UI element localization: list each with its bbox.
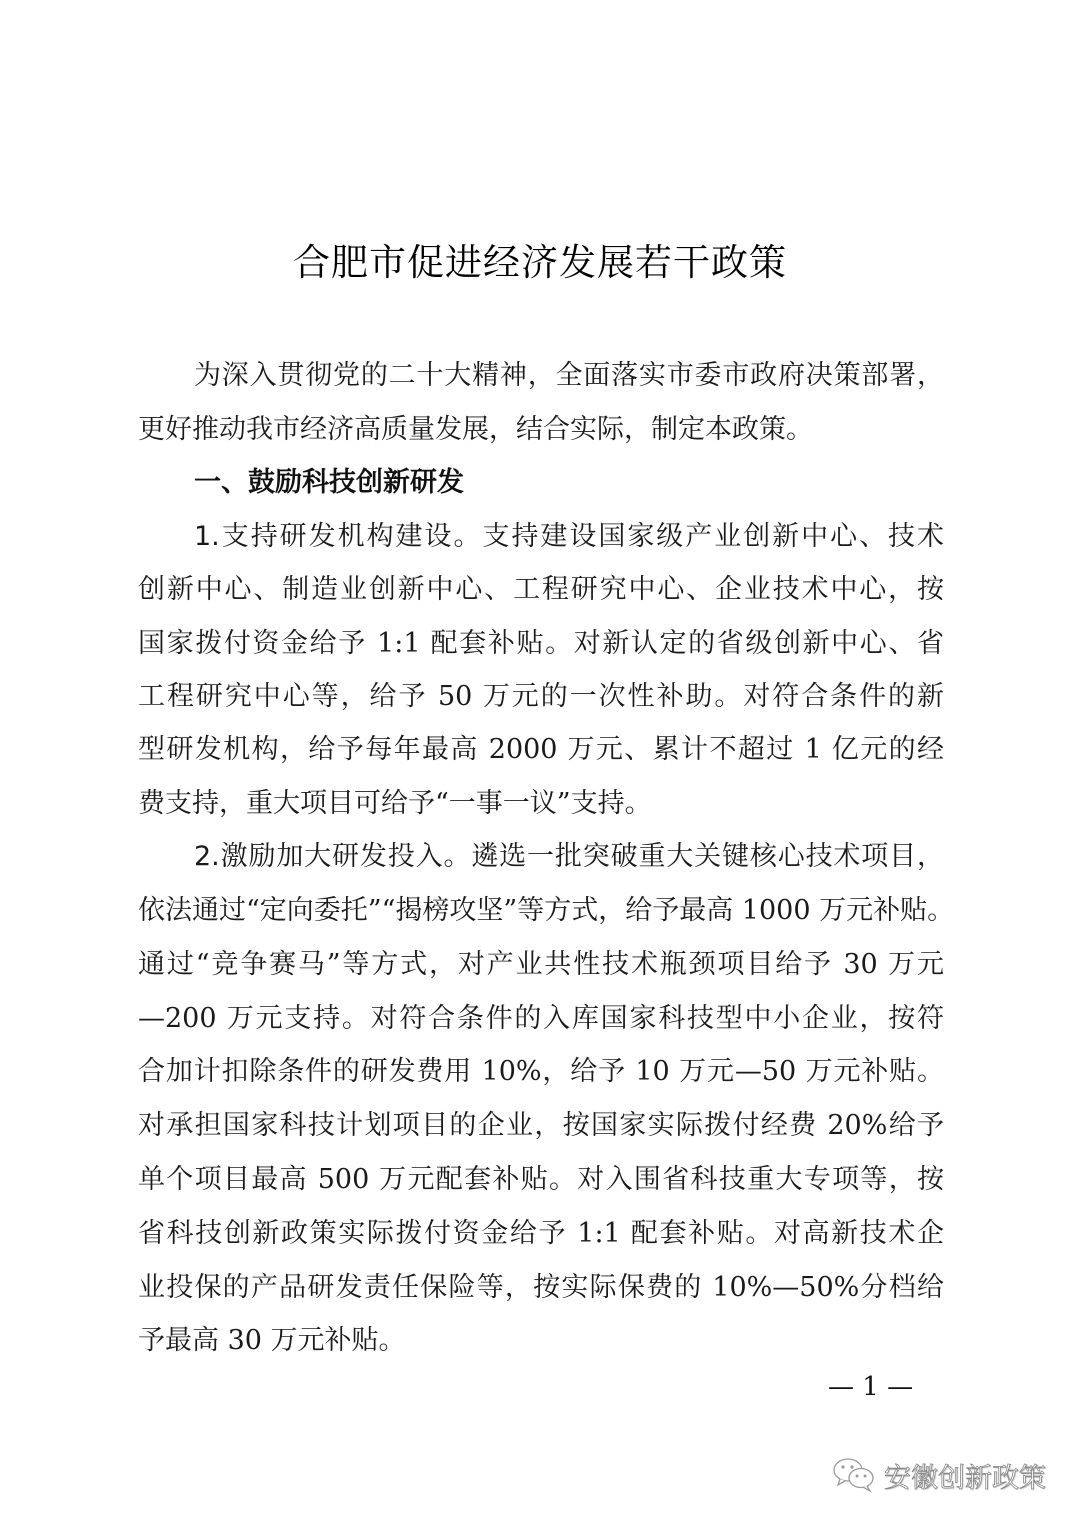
item-2-line-6: 对承担国家科技计划项目的企业，按国家实际拨付经费 20%给予 (138, 1106, 944, 1146)
document-title: 合肥市促进经济发展若干政策 (0, 238, 1080, 288)
item-1-line-5: 型研发机构，给予每年最高 2000 万元、累计不超过 1 亿元的经 (138, 730, 944, 770)
item-2-line-8: 省科技创新政策实际拨付资金给予 1:1 配套补贴。对高新技术企 (138, 1214, 944, 1254)
item-2-line-1: 2.激励加大研发投入。遴选一批突破重大关键核心技术项目， (194, 837, 944, 877)
intro-line-2: 更好推动我市经济高质量发展，结合实际，制定本政策。 (138, 410, 944, 450)
page-number: — 1 — (828, 1370, 913, 1404)
watermark-text: 安徽创新政策 (884, 1456, 1046, 1495)
item-2-line-10: 予最高 30 万元补贴。 (138, 1321, 944, 1361)
item-1-line-6: 费支持，重大项目可给予“一事一议”支持。 (138, 784, 944, 824)
item-2-line-2: 依法通过“定向委托”“揭榜攻坚”等方式，给予最高 1000 万元补贴。 (138, 891, 944, 931)
item-2-line-7: 单个项目最高 500 万元配套补贴。对入围省科技重大专项等，按 (138, 1160, 944, 1200)
item-2-lead: 2.激励加大研发投入。 (194, 841, 471, 872)
wechat-icon (832, 1456, 876, 1494)
item-2-text: 遴选一批突破重大关键核心技术项目， (471, 841, 944, 872)
item-1-text: 支持建设国家级产业创新中心、技术 (482, 521, 944, 552)
item-2-line-9: 业投保的产品研发责任保险等，按实际保费的 10%—50%分档给 (138, 1268, 944, 1308)
item-2-line-5: 合加计扣除条件的研发费用 10%，给予 10 万元—50 万元补贴。 (138, 1052, 944, 1092)
section-heading: 一、鼓励科技创新研发 (194, 463, 464, 503)
watermark: 安徽创新政策 (832, 1455, 1046, 1495)
item-1-lead: 1.支持研发机构建设。 (194, 521, 482, 552)
item-1-line-3: 国家拨付资金给予 1:1 配套补贴。对新认定的省级创新中心、省 (138, 624, 944, 664)
item-2-line-4: —200 万元支持。对符合条件的入库国家科技型中小企业，按符 (138, 999, 944, 1039)
document-page: 合肥市促进经济发展若干政策 为深入贯彻党的二十大精神，全面落实市委市政府决策部署… (0, 0, 1080, 1527)
item-1-line-2: 创新中心、制造业创新中心、工程研究中心、企业技术中心，按 (138, 570, 944, 610)
item-2-line-3: 通过“竞争赛马”等方式，对产业共性技术瓶颈项目给予 30 万元 (138, 945, 944, 985)
intro-line-1: 为深入贯彻党的二十大精神，全面落实市委市政府决策部署， (194, 356, 944, 396)
item-1-line-1: 1.支持研发机构建设。支持建设国家级产业创新中心、技术 (194, 517, 944, 557)
item-1-line-4: 工程研究中心等，给予 50 万元的一次性补助。对符合条件的新 (138, 677, 944, 717)
